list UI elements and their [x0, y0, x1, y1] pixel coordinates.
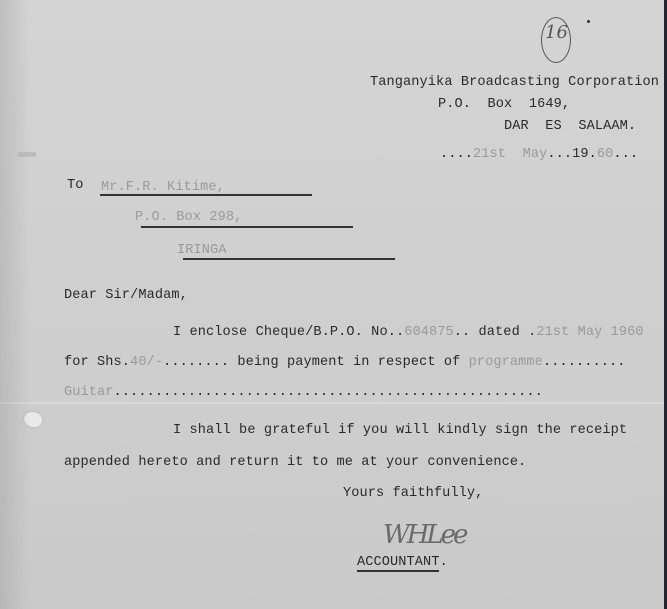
- paper-mark: [18, 152, 36, 157]
- recipient-address: P.O. Box 298,: [135, 210, 242, 225]
- cheque-date: 21st May 1960: [536, 325, 643, 340]
- signatory-title: ACCOUNTANT.: [357, 555, 448, 570]
- date-day-month: 21st May: [473, 147, 547, 162]
- closing: Yours faithfully,: [343, 486, 483, 501]
- date-dots: ....: [440, 147, 473, 162]
- body-paragraph-2-line-2: appended hereto and return it to me at y…: [64, 455, 526, 470]
- to-label: To: [67, 178, 84, 193]
- cheque-number: 604875: [404, 325, 454, 340]
- paper-fold: [0, 402, 664, 404]
- body-line-2: for Shs.40/-........ being payment in re…: [64, 355, 626, 370]
- letterhead-city: DAR ES SALAAM.: [504, 119, 636, 134]
- letter-page: 16 Tanganyika Broadcasting Corporation P…: [0, 0, 664, 609]
- letterhead-address: P.O. Box 1649,: [438, 97, 570, 112]
- date-century: ...19.: [547, 147, 597, 162]
- body-line-1: I enclose Cheque/B.P.O. No..604875.. dat…: [173, 325, 644, 340]
- payment-detail: Guitar: [64, 385, 114, 400]
- body-line-3: Guitar..................................…: [64, 385, 543, 400]
- cheque-label: I enclose Cheque/B.P.O. No..: [173, 325, 404, 340]
- letter-date: ....21st May...19.60...: [440, 147, 638, 162]
- salutation: Dear Sir/Madam,: [64, 288, 188, 303]
- letterhead-organization: Tanganyika Broadcasting Corporation: [370, 75, 659, 90]
- amount-label: for Shs.: [64, 355, 130, 370]
- ink-dot: [587, 20, 590, 23]
- punch-hole: [24, 412, 42, 427]
- recipient-address-underline: [141, 226, 353, 228]
- body-paragraph-2-line-1: I shall be grateful if you will kindly s…: [173, 423, 627, 438]
- page-number-annotation: 16: [545, 22, 568, 43]
- recipient-name-underline: [100, 194, 312, 196]
- date-year: 60: [597, 147, 614, 162]
- date-end-dots: ...: [613, 147, 638, 162]
- signatory-title-underline: [357, 570, 439, 572]
- recipient-town: IRINGA: [177, 243, 227, 258]
- recipient-name: Mr.F.R. Kitime,: [101, 180, 225, 195]
- signature: WHLee: [383, 520, 465, 550]
- payment-label: ........ being payment in respect of: [163, 355, 469, 370]
- payment-for: programme: [469, 355, 543, 370]
- recipient-town-underline: [183, 258, 395, 260]
- payment-amount: 40/-: [130, 355, 163, 370]
- dated-label: .. dated .: [454, 325, 537, 340]
